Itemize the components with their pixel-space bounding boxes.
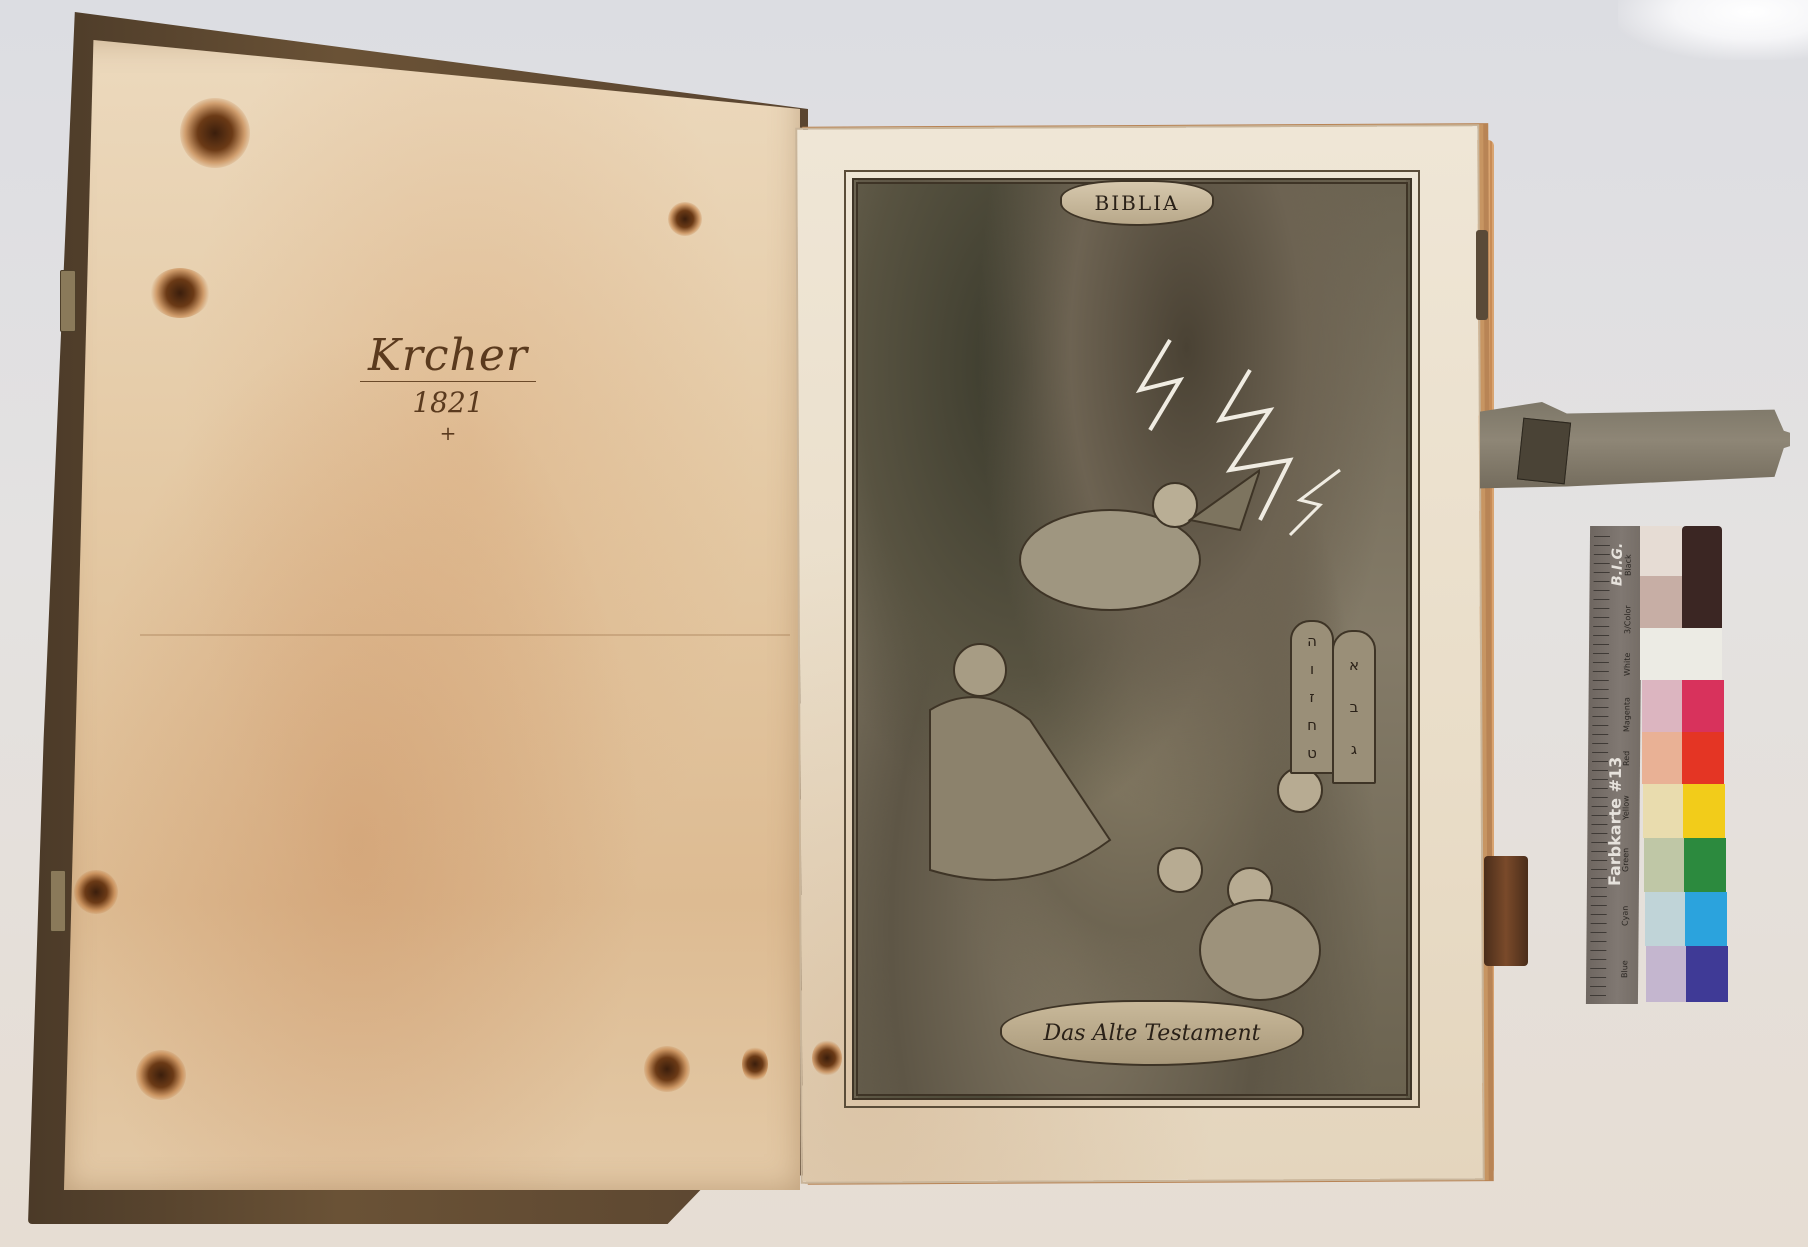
inscription-mark: +: [360, 421, 536, 445]
swatch-label: Black: [1624, 554, 1633, 576]
color-swatches: [1640, 526, 1736, 1004]
left-hinge-bottom: [50, 870, 66, 932]
swatch-blue-light: [1646, 946, 1686, 1002]
swatch-green: [1684, 838, 1726, 892]
swatch-cyan-light: [1645, 892, 1685, 946]
swatch-labels: Black 3/Color White Magenta Red Yellow G…: [1620, 526, 1640, 1004]
worm-hole: [812, 1040, 842, 1076]
ruler-scale: B.I.G. Farbkarte #13 Black 3/Color White…: [1586, 526, 1642, 1004]
swatch-black-light: [1640, 526, 1682, 576]
light-glare: [1618, 0, 1808, 60]
swatch-label: White: [1623, 653, 1632, 676]
hebrew-letter: ז: [1309, 688, 1314, 706]
clasp-rivet-plate: [1517, 418, 1571, 485]
worm-hole: [644, 1046, 690, 1092]
worm-hole: [668, 202, 702, 236]
hebrew-letter: ט: [1307, 744, 1317, 762]
clasp-anchor-top: [1476, 230, 1488, 320]
swatch-blue: [1686, 946, 1728, 1002]
color-reference-card: B.I.G. Farbkarte #13 Black 3/Color White…: [1588, 526, 1736, 1004]
cherubs: [1130, 750, 1360, 1010]
swatch-red-light: [1642, 732, 1682, 784]
swatch-label: Red: [1622, 751, 1631, 766]
hebrew-letter: ו: [1310, 660, 1314, 678]
hebrew-letter: ג: [1351, 740, 1357, 758]
hebrew-letter: ה: [1307, 632, 1317, 650]
hebrew-letter: א: [1349, 656, 1359, 674]
hebrew-letter: ב: [1350, 698, 1359, 716]
left-hinge-top: [60, 270, 76, 332]
swatch-white: [1640, 628, 1722, 680]
worm-hole: [136, 1050, 186, 1100]
worm-hole: [150, 268, 210, 318]
worm-hole: [74, 870, 118, 914]
swatch-label: 3/Color: [1623, 605, 1632, 634]
swatch-3color: [1640, 576, 1682, 628]
swatch-magenta: [1682, 680, 1724, 732]
swatch-cyan: [1685, 892, 1727, 946]
worm-hole: [180, 98, 250, 168]
swatch-yellow: [1683, 784, 1725, 838]
handwritten-inscription: Krcher 1821 +: [360, 330, 536, 445]
page-fold-crease: [140, 634, 790, 636]
leather-clasp-strap: [1484, 856, 1528, 966]
swatch-red: [1682, 732, 1724, 784]
inscription-year: 1821: [360, 386, 536, 419]
tablet-left: ה ו ז ח ט: [1290, 620, 1334, 774]
ten-commandments-tablets: ה ו ז ח ט א ב ג: [1290, 620, 1380, 770]
swatch-black: [1682, 526, 1722, 628]
engraving-title-banner: BIBLIA: [1060, 180, 1214, 226]
swatch-label: Cyan: [1621, 906, 1630, 926]
swatch-label: Blue: [1620, 960, 1629, 978]
hebrew-letter: ח: [1307, 716, 1317, 734]
swatch-label: Yellow: [1622, 795, 1631, 820]
swatch-green-light: [1644, 838, 1684, 892]
inscription-name: Krcher: [360, 330, 536, 382]
worm-hole: [742, 1046, 768, 1082]
tablet-right: א ב ג: [1332, 630, 1376, 784]
swatch-label: Magenta: [1622, 697, 1631, 732]
swatch-yellow-light: [1643, 784, 1683, 838]
swatch-label: Green: [1621, 848, 1630, 872]
engraving-caption-cartouche: Das Alte Testament: [1000, 1000, 1304, 1066]
swatch-magenta-light: [1642, 680, 1682, 732]
